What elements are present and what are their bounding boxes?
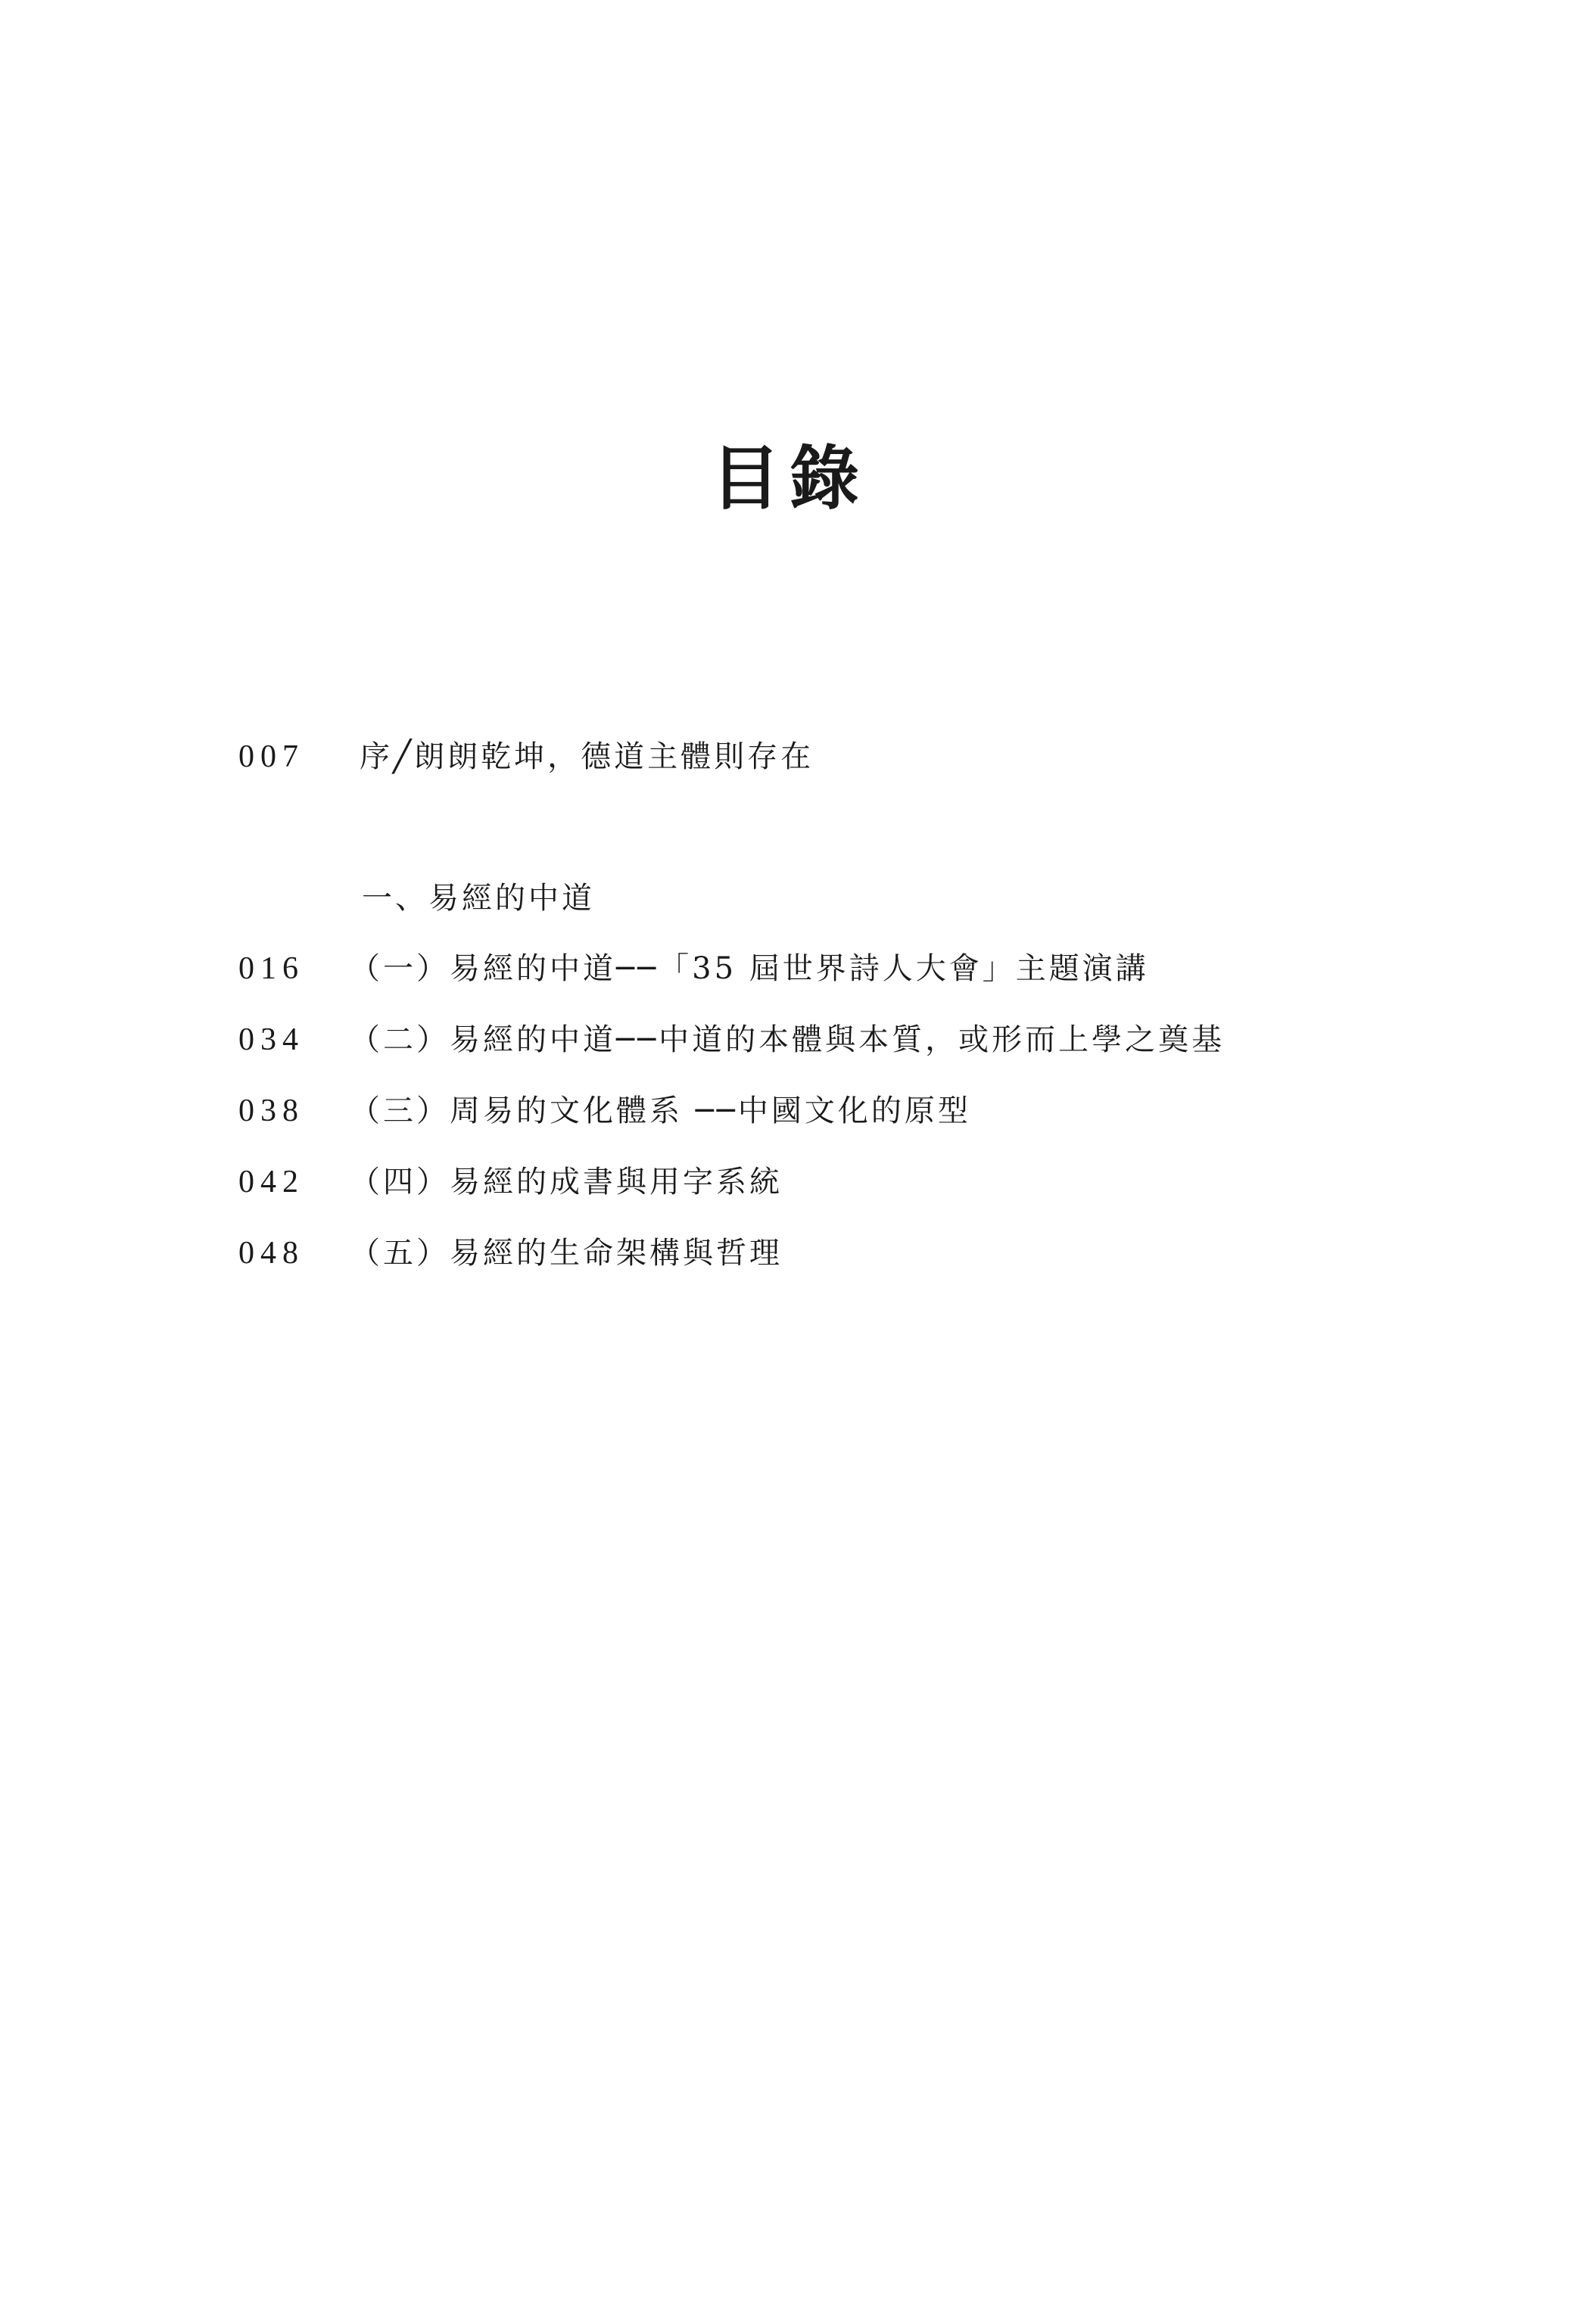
toc-entry[interactable]: 042 （四）易經的成書與用字系統 (0, 1159, 1579, 1205)
toc-section-heading: 一、易經的中道 (0, 876, 1579, 921)
page-title: 目錄 (0, 425, 1579, 531)
toc-entry[interactable]: 038 （三）周易的文化體系 ──中國文化的原型 (0, 1088, 1579, 1134)
toc-entry-title: （四）易經的成書與用字系統 (350, 1159, 783, 1205)
toc-page-number: 042 (238, 1159, 304, 1205)
toc-entry[interactable]: 016 （一）易經的中道──「35 屆世界詩人大會」主題演講 (0, 946, 1579, 991)
toc-entry[interactable]: 048 （五）易經的生命架構與哲理 (0, 1230, 1579, 1276)
toc-page-number: 007 (238, 734, 304, 779)
section-heading-text: 一、易經的中道 (362, 876, 595, 921)
toc-entry-title: （一）易經的中道──「35 屆世界詩人大會」主題演講 (350, 946, 1149, 991)
toc-entry-title: （五）易經的生命架構與哲理 (350, 1230, 783, 1276)
toc-entry-title: （三）周易的文化體系 ──中國文化的原型 (350, 1088, 971, 1134)
toc-page-number: 038 (238, 1088, 304, 1134)
toc-entry[interactable]: 034 （二）易經的中道──中道的本體與本質，或形而上學之奠基 (0, 1017, 1579, 1062)
toc-page-number: 048 (238, 1230, 304, 1276)
toc-entry-title: （二）易經的中道──中道的本體與本質，或形而上學之奠基 (350, 1017, 1225, 1062)
toc-page-number: 016 (238, 946, 304, 991)
toc-entry-preface[interactable]: 007 序╱朗朗乾坤，德道主體則存在 (0, 734, 1579, 779)
toc-page-number: 034 (238, 1017, 304, 1062)
toc-entry-title: 序╱朗朗乾坤，德道主體則存在 (360, 734, 814, 779)
